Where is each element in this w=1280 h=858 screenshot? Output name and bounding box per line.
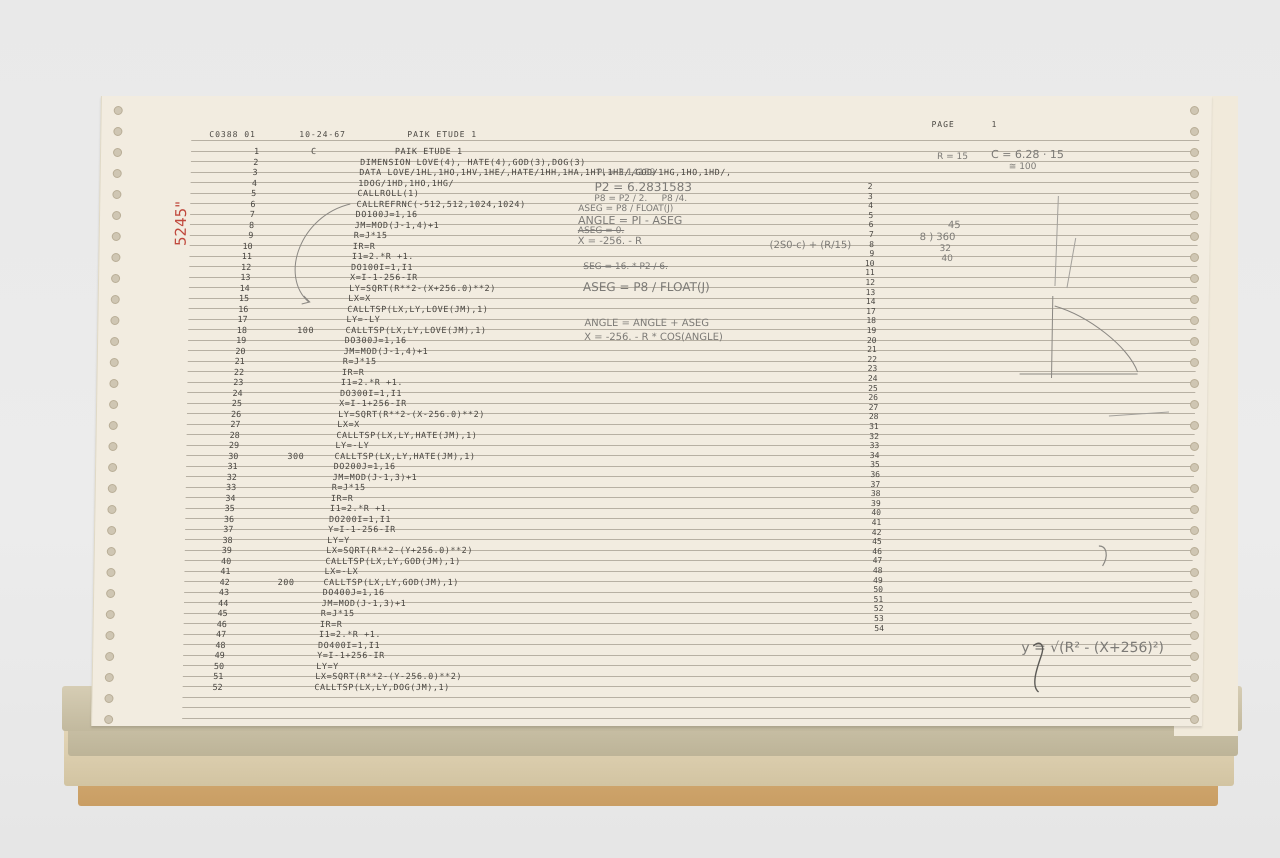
pencil-sketches [92, 96, 1212, 726]
printout-sheet: 5245" C0388 01 10-24-67 PAIK ETUDE 1 PAG… [91, 96, 1212, 726]
tractor-holes-right [1190, 106, 1200, 726]
printout-stack: 5245" C0388 01 10-24-67 PAIK ETUDE 1 PAG… [56, 96, 1246, 806]
